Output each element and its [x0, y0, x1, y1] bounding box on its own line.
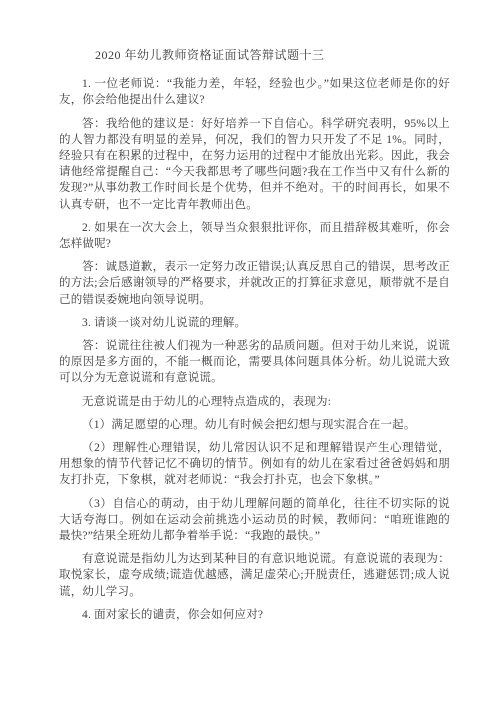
answer-1: 答：我给他的建议是：好好培养一下自信心。科学研究表明，95%以上的人智力都没有明…	[59, 116, 450, 213]
list-item-3: （3）自信心的萌动，由于幼儿理解问题的简单化，往往不切实际的说大话夸海口。例如在…	[59, 496, 450, 545]
document-page: 2020 年幼儿教师资格证面试答辩试题十三 1. 一位老师说：“我能力差，年轻，…	[0, 0, 500, 707]
answer-2: 答：诚恳道歉，表示一定努力改正错误;认真反思自己的错误，思考改正的方法;会后感谢…	[59, 259, 450, 308]
paragraph-unintentional-lying: 无意说谎是由于幼儿的心理特点造成的，表现为:	[59, 394, 450, 410]
list-item-1: （1）满足愿望的心理。幼儿有时候会把幻想与现实混合在一起。	[59, 417, 450, 433]
question-1: 1. 一位老师说：“我能力差，年轻，经验也少。”如果这位老师是你的好友，你会给他…	[59, 76, 450, 108]
list-item-2: （2）理解性心理错误，幼儿常因认识不足和理解错误产生心理错觉，用想象的情节代替记…	[59, 440, 450, 489]
document-title: 2020 年幼儿教师资格证面试答辩试题十三	[59, 47, 450, 63]
answer-3: 答：说谎往往被人们视为一种恶劣的品质问题。但对于幼儿来说，说谎的原因是多方面的，…	[59, 338, 450, 387]
question-4: 4. 面对家长的谴责，你会如何应对?	[59, 607, 450, 623]
paragraph-intentional-lying: 有意说谎是指幼儿为达到某种目的有意识地说谎。有意说谎的表现为：取悦家长，虚夸成绩…	[59, 551, 450, 600]
question-2: 2. 如果在一次大会上，领导当众狠狠批评你，而且措辞极其难听，你会怎样做呢?	[59, 220, 450, 252]
question-3: 3. 请谈一谈对幼儿说谎的理解。	[59, 315, 450, 331]
